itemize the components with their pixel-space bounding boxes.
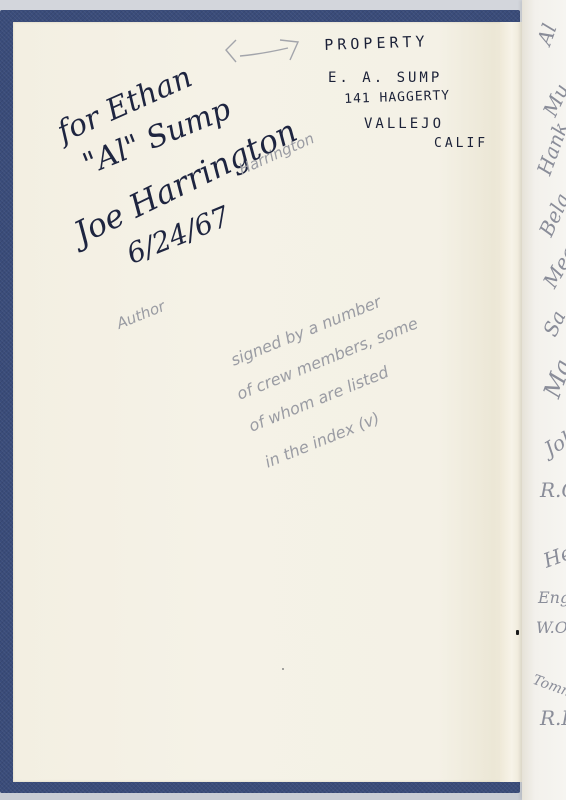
ownership-line-1: PROPERTY (324, 32, 429, 54)
facing-signature: W.O. (536, 618, 566, 637)
pencil-double-arrow-icon (222, 34, 302, 70)
book-photo: for Ethan "Al" Sump Joe Harrington 6/24/… (0, 0, 566, 800)
ownership-line-4: VALLEJO (364, 116, 444, 132)
ownership-line-2: E. A. SUMP (328, 70, 442, 86)
ink-speck (516, 630, 519, 635)
ownership-line-5: CALIF (434, 136, 488, 151)
paper-speck (282, 668, 284, 670)
facing-signature: Eng (538, 588, 566, 607)
facing-signature: R.B. (540, 706, 566, 730)
facing-signature: R.G. (540, 478, 566, 502)
